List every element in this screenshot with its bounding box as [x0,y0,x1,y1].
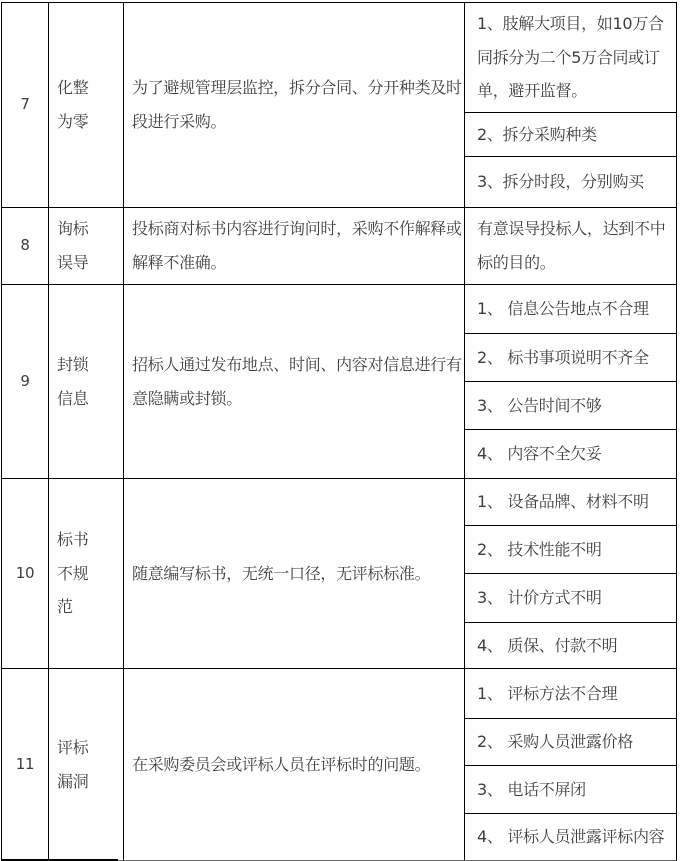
subitem: 3、 公告时间不够 [465,382,676,430]
row-number: 8 [2,208,49,284]
row-number: 7 [2,3,49,207]
table-row: 11 评标漏洞 在采购委员会或评标人员在评标时的问题。 1、 评标方法不合理 2… [2,669,676,860]
row-title: 询标误导 [49,208,124,284]
row-title: 标书不规范 [49,479,124,668]
row-description: 在采购委员会或评标人员在评标时的问题。 [124,669,465,860]
row-title: 评标漏洞 [49,669,124,860]
row-subitems: 1、 评标方法不合理 2、 采购人员泄露价格 3、 电话不屏闭 4、 评标人员泄… [465,669,676,860]
subitem: 1、 评标方法不合理 [465,669,676,719]
subitem: 1、 设备品牌、材料不明 [465,479,676,526]
subitem: 2、拆分采购种类 [465,113,676,157]
subitem: 有意误导投标人，达到不中标的目的。 [465,208,676,284]
row-title: 化整为零 [49,3,124,207]
subitem: 1、 信息公告地点不合理 [465,285,676,334]
subitem: 4、 质保、付款不明 [465,623,676,668]
subitem: 3、 电话不屏闭 [465,766,676,814]
row-description: 随意编写标书，无统一口径，无评标标准。 [124,479,465,668]
row-number: 11 [2,669,49,860]
row-description: 招标人通过发布地点、时间、内容对信息进行有意隐瞒或封锁。 [124,285,465,478]
row-subitems: 1、肢解大项目，如10万合同拆分为二个5万合同或订单，避开监督。 2、拆分采购种… [465,3,676,207]
subitem: 2、 技术性能不明 [465,526,676,574]
row-number: 10 [2,479,49,668]
table-row: 9 封锁信息 招标人通过发布地点、时间、内容对信息进行有意隐瞒或封锁。 1、 信… [2,285,676,479]
table-row: 7 化整为零 为了避规管理层监控，拆分合同、分开种类及时段进行采购。 1、肢解大… [2,3,676,208]
table-row: 10 标书不规范 随意编写标书，无统一口径，无评标标准。 1、 设备品牌、材料不… [2,479,676,669]
subitem: 3、拆分时段，分别购买 [465,157,676,207]
subitem: 1、肢解大项目，如10万合同拆分为二个5万合同或订单，避开监督。 [465,3,676,113]
row-description: 为了避规管理层监控，拆分合同、分开种类及时段进行采购。 [124,3,465,207]
subitem: 3、 计价方式不明 [465,574,676,623]
table-row: 8 询标误导 投标商对标书内容进行询问时，采购不作解释或解释不准确。 有意误导投… [2,208,676,285]
loopholes-table: 7 化整为零 为了避规管理层监控，拆分合同、分开种类及时段进行采购。 1、肢解大… [1,2,677,861]
row-number: 9 [2,285,49,478]
subitem: 4、 内容不全欠妥 [465,430,676,478]
row-title: 封锁信息 [49,285,124,478]
row-subitems: 1、 设备品牌、材料不明 2、 技术性能不明 3、 计价方式不明 4、 质保、付… [465,479,676,668]
row-subitems: 1、 信息公告地点不合理 2、 标书事项说明不齐全 3、 公告时间不够 4、 内… [465,285,676,478]
subitem: 4、 评标人员泄露评标内容 [465,814,676,860]
row-description: 投标商对标书内容进行询问时，采购不作解释或解释不准确。 [124,208,465,284]
subitem: 2、 标书事项说明不齐全 [465,334,676,382]
subitem: 2、 采购人员泄露价格 [465,719,676,766]
row-subitems: 有意误导投标人，达到不中标的目的。 [465,208,676,284]
